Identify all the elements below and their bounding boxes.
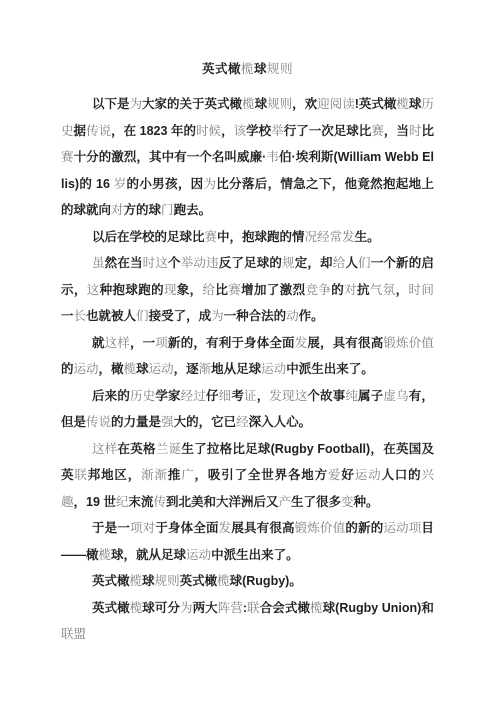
document-page: 英式橄榄球规则 以下是为大家的关于英式橄榄球规则，欢迎阅读!英式橄榄球历史据传说… (0, 0, 500, 707)
paragraph: 英式橄榄球规则英式橄榄球(Rugby)。 (61, 568, 434, 595)
paragraph: 于是一项对于身体全面发展具有很高锻炼价值的新的运动项目——橄榄球，就从足球运动中… (61, 515, 434, 568)
paragraph: 就这样，一项新的，有利于身体全面发展，具有很高锻炼价值的运动，橄榄球运动，逐渐地… (61, 330, 434, 383)
document-body: 以下是为大家的关于英式橄榄球规则，欢迎阅读!英式橄榄球历史据传说，在 1823 … (61, 91, 434, 648)
paragraph: 这样在英格兰诞生了拉格比足球(Rugby Football)，在英国及英联邦地区… (61, 436, 434, 516)
paragraph: 英式橄榄球可分为两大阵营:联合会式橄榄球(Rugby Union)和联盟 (61, 595, 434, 648)
paragraph: 虽然在当时这个举动违反了足球的规定，却给人们一个新的启示，这种抱球跑的现象，给比… (61, 250, 434, 330)
document-title: 英式橄榄球规则 (61, 56, 434, 83)
paragraph: 以下是为大家的关于英式橄榄球规则，欢迎阅读!英式橄榄球历史据传说，在 1823 … (61, 91, 434, 224)
paragraph: 以后在学校的足球比赛中，抱球跑的情况经常发生。 (61, 224, 434, 251)
paragraph: 后来的历史学家经过仔细考证，发现这个故事纯属子虚乌有，但是传说的力量是强大的，它… (61, 383, 434, 436)
